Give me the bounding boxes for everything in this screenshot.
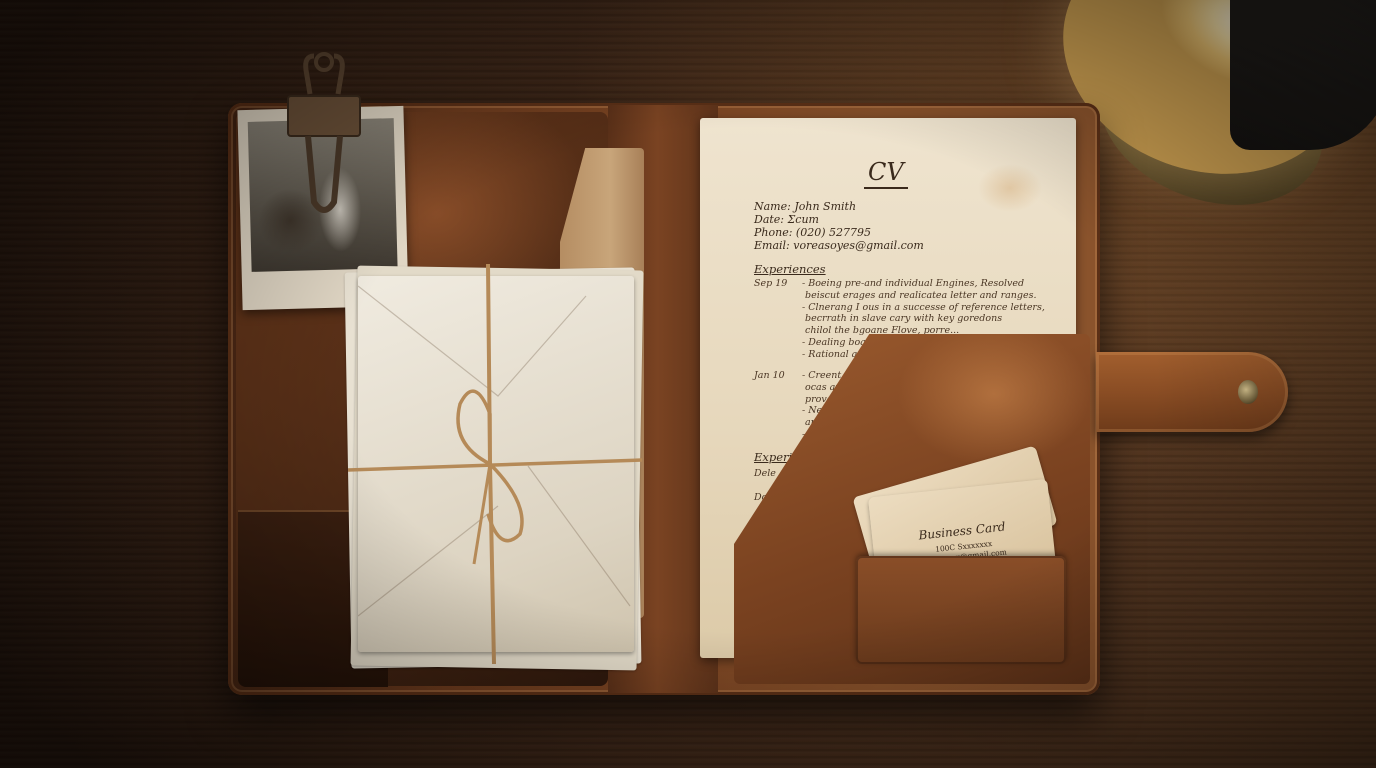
closure-strap	[1096, 352, 1288, 432]
cv-phone: Phone: (020) 527795	[754, 226, 871, 239]
cv-section-heading: Experiences	[754, 262, 826, 276]
envelope-stack	[348, 264, 642, 670]
cv-name: Name: John Smith	[754, 200, 856, 213]
cv-email: Email: voreasoyes@gmail.com	[754, 239, 924, 252]
cv-date: Date: Σcum	[754, 213, 819, 226]
twine-bow-icon	[348, 264, 642, 670]
cv-title: CV	[864, 158, 908, 189]
snap-button-icon	[1238, 380, 1258, 404]
binder-clip-icon	[286, 52, 362, 222]
lamp-outer-shell	[1230, 0, 1376, 150]
card-pocket	[856, 556, 1066, 664]
